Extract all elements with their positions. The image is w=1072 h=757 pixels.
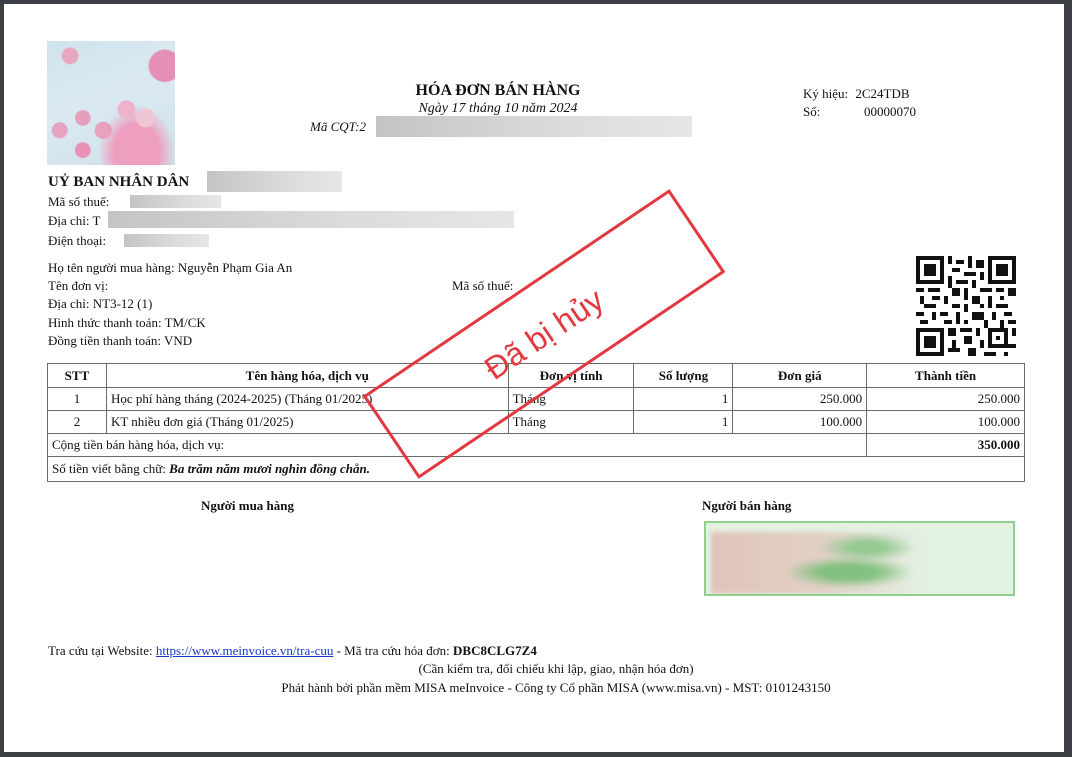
seller-address: Địa chỉ: T bbox=[48, 213, 100, 229]
row-unit: Tháng bbox=[508, 411, 634, 434]
buyer-name: Họ tên người mua hàng: Nguyễn Phạm Gia A… bbox=[48, 260, 292, 276]
lookup-code: DBC8CLG7Z4 bbox=[453, 643, 537, 658]
amount-in-words-row: Số tiền viết bằng chữ: Ba trăm năm mươi … bbox=[48, 457, 1025, 482]
invoice-symbol-label: Ký hiệu: bbox=[803, 86, 848, 101]
invoice-number: Số: 00000070 bbox=[803, 104, 820, 120]
redacted-seller-phone bbox=[124, 234, 209, 247]
amount-in-words: Số tiền viết bằng chữ: Ba trăm năm mươi … bbox=[48, 457, 1025, 482]
buyer-address-label: Địa chỉ: bbox=[48, 296, 90, 311]
col-header-price: Đơn giá bbox=[733, 364, 867, 388]
redacted-signature bbox=[711, 532, 1011, 594]
currency: Đồng tiền thanh toán: VND bbox=[48, 333, 192, 349]
invoice-date: Ngày 17 tháng 10 năm 2024 bbox=[4, 101, 992, 117]
seller-name: UỶ BAN NHÂN DÂN bbox=[48, 174, 189, 191]
lookup-line: Tra cứu tại Website: https://www.meinvoi… bbox=[48, 643, 537, 659]
total-value: 350.000 bbox=[867, 434, 1025, 457]
row-amount: 250.000 bbox=[867, 388, 1025, 411]
seller-phone-label: Điện thoại: bbox=[48, 233, 106, 249]
buyer-tax-code-label: Mã số thuế: bbox=[452, 278, 513, 293]
lookup-code-label: - Mã tra cứu hóa đơn: bbox=[337, 643, 450, 658]
seller-digital-signature bbox=[704, 521, 1015, 596]
seller-signature-label: Người bán hàng bbox=[702, 498, 791, 514]
currency-label: Đồng tiền thanh toán: bbox=[48, 333, 161, 348]
tax-authority-code-label: Mã CQT: bbox=[310, 119, 359, 134]
row-stt: 2 bbox=[48, 411, 107, 434]
redacted-seller-name bbox=[207, 171, 342, 192]
buyer-name-value: Nguyễn Phạm Gia An bbox=[178, 260, 292, 275]
redacted-seller-address bbox=[108, 211, 514, 228]
buyer-address-value: NT3-12 (1) bbox=[93, 296, 153, 311]
verification-note: (Cần kiểm tra, đối chiếu khi lập, giao, … bbox=[4, 661, 1064, 677]
buyer-address: Địa chỉ: NT3-12 (1) bbox=[48, 296, 152, 312]
buyer-signature-label: Người mua hàng bbox=[201, 498, 294, 514]
payment-method-value: TM/CK bbox=[165, 315, 206, 330]
redacted-seller-tax-code bbox=[130, 195, 221, 208]
payment-method: Hình thức thanh toán: TM/CK bbox=[48, 315, 206, 331]
seller-address-value: T bbox=[93, 213, 101, 228]
col-header-amount: Thành tiền bbox=[867, 364, 1025, 388]
issuer-line: Phát hành bởi phần mềm MISA meInvoice - … bbox=[4, 680, 1064, 696]
col-header-qty: Số lượng bbox=[634, 364, 733, 388]
lookup-prefix: Tra cứu tại Website: bbox=[48, 643, 153, 658]
payment-method-label: Hình thức thanh toán: bbox=[48, 315, 162, 330]
buyer-tax-code: Mã số thuế: bbox=[452, 278, 513, 294]
currency-value: VND bbox=[164, 333, 192, 348]
amount-in-words-label: Số tiền viết bằng chữ: bbox=[52, 461, 166, 476]
tax-authority-code: Mã CQT:2 bbox=[310, 119, 366, 135]
redacted-tax-authority-code bbox=[376, 116, 692, 137]
row-qty: 1 bbox=[634, 411, 733, 434]
buyer-unit: Tên đơn vị: bbox=[48, 278, 108, 294]
buyer-name-label: Họ tên người mua hàng: bbox=[48, 260, 175, 275]
row-amount: 100.000 bbox=[867, 411, 1025, 434]
total-row: Cộng tiền bán hàng hóa, dịch vụ: 350.000 bbox=[48, 434, 1025, 457]
row-qty: 1 bbox=[634, 388, 733, 411]
row-price: 100.000 bbox=[733, 411, 867, 434]
amount-in-words-value: Ba trăm năm mươi nghìn đồng chẵn. bbox=[169, 461, 370, 476]
col-header-stt: STT bbox=[48, 364, 107, 388]
invoice-number-label: Số: bbox=[803, 104, 820, 119]
seller-address-label: Địa chỉ: bbox=[48, 213, 90, 228]
table-row: 2 KT nhiều đơn giá (Tháng 01/2025) Tháng… bbox=[48, 411, 1025, 434]
invoice-symbol: Ký hiệu: 2C24TDB bbox=[803, 86, 910, 102]
lookup-url-link[interactable]: https://www.meinvoice.vn/tra-cuu bbox=[156, 643, 334, 658]
row-price: 250.000 bbox=[733, 388, 867, 411]
row-stt: 1 bbox=[48, 388, 107, 411]
buyer-unit-label: Tên đơn vị: bbox=[48, 278, 108, 293]
seller-tax-code-label: Mã số thuế: bbox=[48, 194, 109, 210]
invoice-page: HÓA ĐƠN BÁN HÀNG Ngày 17 tháng 10 năm 20… bbox=[4, 4, 1064, 752]
qr-code-icon bbox=[916, 256, 1016, 356]
invoice-symbol-value: 2C24TDB bbox=[855, 86, 909, 101]
invoice-number-value: 00000070 bbox=[864, 104, 916, 120]
tax-authority-code-value: 2 bbox=[359, 119, 366, 134]
